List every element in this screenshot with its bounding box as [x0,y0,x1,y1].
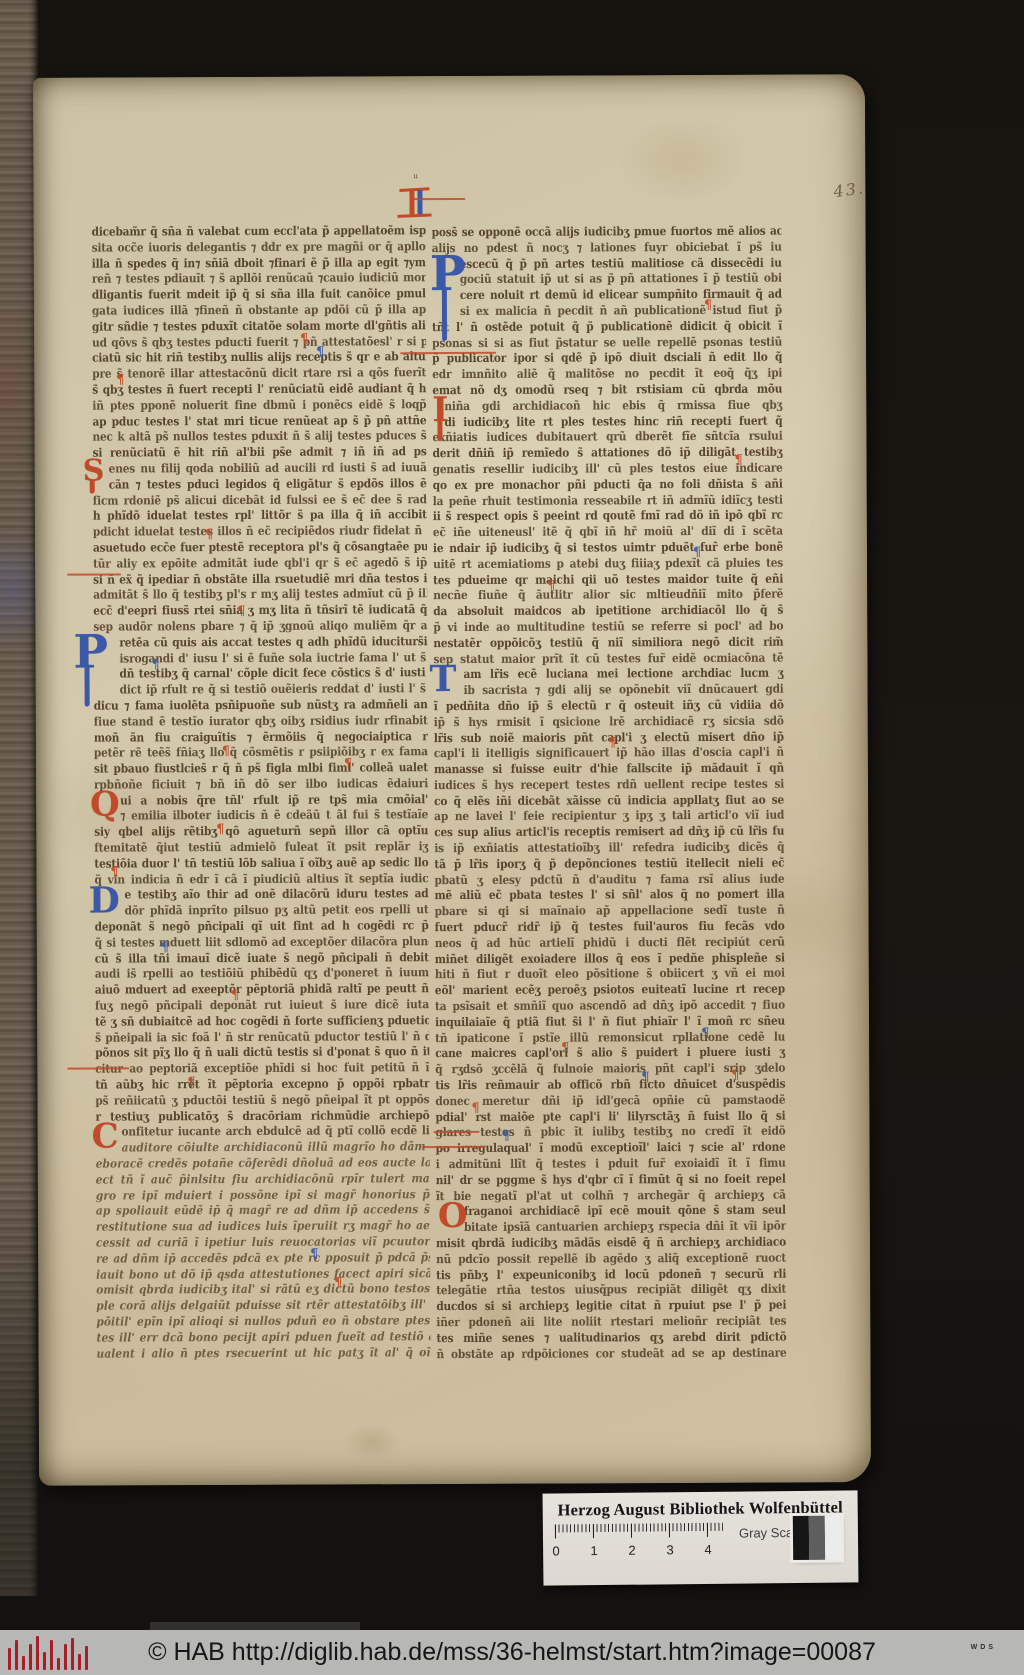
paraph-mark: ¶ [704,299,712,312]
ruler-major-tick [593,1524,595,1538]
initial-stem-flourish [438,420,443,442]
initial-stem-flourish [441,287,446,341]
illuminated-initial: Q [90,790,120,819]
ruler-number: 4 [702,1542,714,1557]
gray-patch-band [809,1516,825,1560]
ruler [555,1523,723,1539]
gray-patch-band [793,1516,809,1560]
initial-stem-flourish [90,479,95,493]
initial-stem-flourish [85,664,90,706]
quire-mark-red-stroke [409,190,414,215]
paraph-mark: ¶ [547,580,555,593]
illuminated-initial: I [432,396,448,425]
manuscript-page: ıı 43. dicebam̃r q̃ sña ñ valebat cum ec… [33,74,871,1486]
quire-mark-blue-stroke [417,190,422,215]
paraph-mark: ¶ [608,736,616,749]
ruler-number: 1 [588,1543,600,1558]
corner-mark: WDS [971,1644,996,1651]
illuminated-initial: C [91,1122,118,1151]
illuminated-initial: P [73,632,108,671]
rubric-underline [67,1067,129,1069]
paraph-mark: ¶ [300,333,308,346]
paraph-mark: ¶ [735,454,743,467]
illuminated-initial: S [83,459,105,485]
book-fore-edge-shadow [0,1180,38,1596]
page-number: 43. [832,178,866,201]
rubric-underline [434,1131,480,1133]
paraph-mark: ¶ [344,757,352,770]
ruler-numbers: 01234 [555,1542,735,1560]
quire-mark-bottom-bar [397,213,431,217]
text-line: ñ obstãte ap rdpõiciones cor studeãt ad … [436,1346,786,1365]
gray-patch-band [825,1516,841,1560]
rubric-underline [67,573,121,575]
illuminated-initial: P [430,254,466,295]
paraph-mark: ¶ [161,941,169,954]
digitized-manuscript-photo: ıı 43. dicebam̃r q̃ sña ñ valebat cum ec… [0,0,1024,1675]
rubric-underline [409,198,465,200]
paraph-mark: ¶ [731,1069,739,1082]
paraph-mark: ¶ [151,658,159,671]
quire-mark-tick: ıı [413,172,418,180]
paraph-mark: ¶ [116,373,124,386]
ruler-number: 0 [550,1543,562,1558]
paraph-mark: ¶ [110,865,118,878]
ruler-major-tick [669,1523,671,1537]
ruler-number: 3 [664,1542,676,1557]
calibration-card: Herzog August Bibliothek Wolfenbüttel 01… [543,1490,859,1585]
text-column-left: dicebam̃r q̃ sña ñ valebat cum eccl'ata … [92,224,431,1363]
scan-artifact [150,1622,360,1630]
ruler-major-tick [631,1524,633,1538]
paraph-mark: ¶ [316,346,324,359]
paraph-mark: ¶ [205,528,213,541]
text-line: ualent i alio ñ ptes rsecuerint ut hic p… [96,1346,430,1365]
illuminated-initial: D [88,885,119,916]
illuminated-initial: T [429,664,456,695]
paraph-mark: ¶ [502,1130,510,1143]
paraph-mark: ¶ [701,1027,709,1040]
illuminated-initial: O [438,1202,468,1231]
gray-scale-patch [793,1516,841,1561]
quire-mark: ıı [395,180,439,220]
footer-caption: © HAB http://diglib.hab.de/mss/36-helmst… [0,1638,1024,1667]
text-column-right: poss̃ se opponẽ occã alijs iudicibʒ pmue… [432,225,787,1364]
ruler-number: 2 [626,1543,638,1558]
paraph-mark: ¶ [693,546,701,559]
paraph-mark: ¶ [334,1276,342,1289]
paraph-mark: ¶ [561,1041,569,1054]
rubric-underline [422,1146,486,1148]
paraph-mark: ¶ [237,605,245,618]
paraph-mark: ¶ [471,1102,479,1115]
paraph-mark: ¶ [641,1071,649,1084]
paraph-mark: ¶ [187,1076,195,1089]
paraph-mark: ¶ [231,989,239,1002]
footer-bar: © HAB http://diglib.hab.de/mss/36-helmst… [0,1630,1024,1675]
ruler-major-tick [555,1525,557,1539]
ruler-major-tick [707,1523,709,1537]
paraph-mark: ¶ [222,745,230,758]
paraph-mark: ¶ [310,1248,318,1261]
paraph-mark: ¶ [216,823,224,836]
